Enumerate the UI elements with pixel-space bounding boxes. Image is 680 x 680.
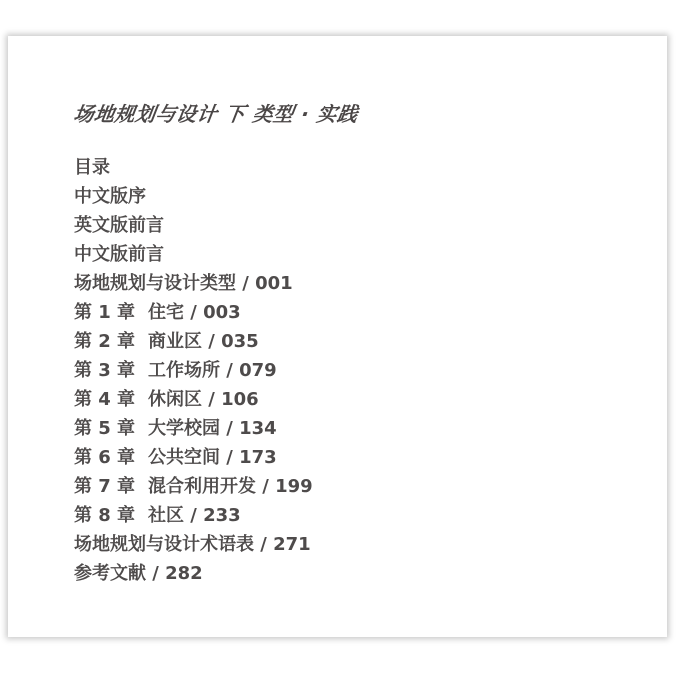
toc-label: 参考文献 / 282 [74, 563, 203, 584]
toc-label: 英文版前言 [74, 215, 164, 236]
toc-item: 第 7 章混合利用开发 / 199 [74, 475, 313, 504]
chapter-number: 第 7 章 [74, 475, 148, 499]
toc-label: 住宅 / 003 [148, 302, 241, 323]
toc-label: 场地规划与设计类型 / 001 [74, 273, 293, 294]
table-of-contents: 目录 中文版序 英文版前言 中文版前言 场地规划与设计类型 / 001 第 1 … [74, 156, 313, 591]
book-title: 场地规划与设计 下 类型 · 实践 [72, 98, 360, 127]
toc-item: 第 4 章休闲区 / 106 [74, 388, 313, 417]
toc-item: 第 6 章公共空间 / 173 [74, 446, 313, 475]
toc-label: 中文版前言 [74, 244, 164, 265]
chapter-number: 第 3 章 [74, 359, 148, 383]
document-card: 场地规划与设计 下 类型 · 实践 目录 中文版序 英文版前言 中文版前言 场地… [8, 36, 667, 637]
toc-label: 社区 / 233 [148, 505, 241, 526]
toc-item: 参考文献 / 282 [74, 562, 313, 591]
toc-item: 中文版序 [74, 185, 313, 214]
toc-item: 第 3 章工作场所 / 079 [74, 359, 313, 388]
toc-label: 中文版序 [74, 186, 146, 207]
chapter-number: 第 2 章 [74, 330, 148, 354]
chapter-number: 第 4 章 [74, 388, 148, 412]
toc-item: 第 1 章住宅 / 003 [74, 301, 313, 330]
toc-label: 公共空间 / 173 [148, 447, 277, 468]
toc-label: 大学校园 / 134 [148, 418, 277, 439]
toc-label: 工作场所 / 079 [148, 360, 277, 381]
chapter-number: 第 6 章 [74, 446, 148, 470]
chapter-number: 第 8 章 [74, 504, 148, 528]
toc-item: 英文版前言 [74, 214, 313, 243]
chapter-number: 第 5 章 [74, 417, 148, 441]
toc-item: 场地规划与设计术语表 / 271 [74, 533, 313, 562]
toc-label: 场地规划与设计术语表 / 271 [74, 534, 311, 555]
toc-label: 混合利用开发 / 199 [148, 476, 313, 497]
chapter-number: 第 1 章 [74, 301, 148, 325]
toc-label: 商业区 / 035 [148, 331, 259, 352]
toc-item: 第 8 章社区 / 233 [74, 504, 313, 533]
toc-item: 第 2 章商业区 / 035 [74, 330, 313, 359]
toc-item: 中文版前言 [74, 243, 313, 272]
toc-item: 场地规划与设计类型 / 001 [74, 272, 313, 301]
toc-item: 第 5 章大学校园 / 134 [74, 417, 313, 446]
toc-item: 目录 [74, 156, 313, 185]
toc-label: 休闲区 / 106 [148, 389, 259, 410]
toc-label: 目录 [74, 157, 110, 178]
